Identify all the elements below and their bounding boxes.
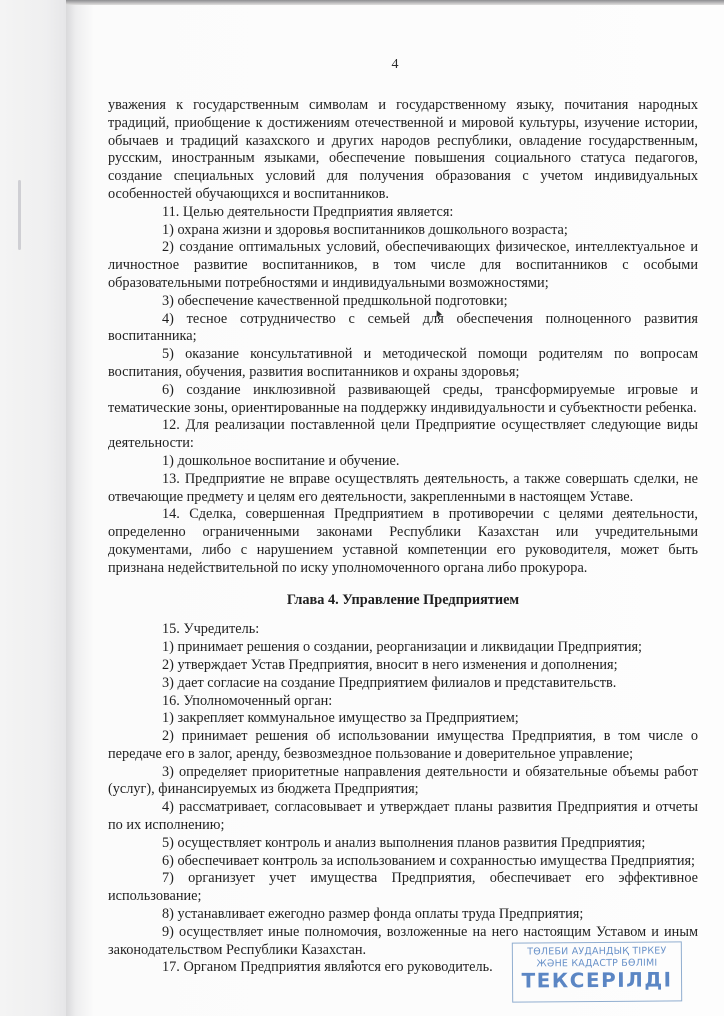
clause-11-item-3: 3) обеспечение качественной предшкольной…: [108, 293, 698, 311]
clause-11-item-4: 4) тесное сотрудничество с семьей для об…: [108, 311, 698, 347]
verification-stamp: ТӨЛЕБИ АУДАНДЫҚ ТІРКЕУ ЖӘНЕ КАДАСТР БӨЛІ…: [512, 941, 682, 1002]
clause-13: 13. Предприятие не вправе осуществлять д…: [108, 471, 698, 507]
page-number: 4: [66, 57, 724, 73]
clause-15-item-2: 2) утверждает Устав Предприятия, вносит …: [108, 657, 698, 675]
scan-speck: [351, 960, 354, 963]
clause-16-item-4: 4) рассматривает, согласовывает и утверж…: [108, 799, 698, 835]
clause-12: 12. Для реализации поставленной цели Пре…: [108, 417, 698, 453]
chapter-4-heading: Глава 4. Управление Предприятием: [108, 592, 698, 610]
clause-16: 16. Уполномоченный орган:: [108, 693, 698, 711]
clause-16-item-1: 1) закрепляет коммунальное имущество за …: [108, 710, 698, 728]
clause-11-item-1: 1) охрана жизни и здоровья воспитанников…: [108, 222, 698, 240]
clause-16-item-6: 6) обеспечивает контроль за использовани…: [108, 853, 698, 871]
clause-15-item-3: 3) дает согласие на создание Предприятие…: [108, 675, 698, 693]
clause-11-item-5: 5) оказание консультативной и методическ…: [108, 346, 698, 382]
clause-16-item-3: 3) определяет приоритетные направления д…: [108, 764, 698, 800]
paragraph-continuation: уважения к государственным символам и го…: [108, 97, 698, 204]
clause-16-item-7: 7) организует учет имущества Предприятия…: [108, 870, 698, 906]
clause-15-item-1: 1) принимает решения о создании, реорган…: [108, 639, 698, 657]
stamp-verified: ТЕКСЕРІЛДІ: [513, 968, 681, 991]
clause-11-item-6: 6) создание инклюзивной развивающей сред…: [108, 382, 698, 418]
clause-11: 11. Целью деятельности Предприятия являе…: [108, 204, 698, 222]
adjacent-page-edge: [0, 0, 66, 1024]
clause-16-item-5: 5) осуществляет контроль и анализ выполн…: [108, 835, 698, 853]
clause-16-item-2: 2) принимает решения об использовании им…: [108, 728, 698, 764]
stamp-line-1: ТӨЛЕБИ АУДАНДЫҚ ТІРКЕУ: [513, 945, 681, 957]
clause-14: 14. Сделка, совершенная Предприятием в п…: [108, 506, 698, 577]
document-page: 4 уважения к государственным символам и …: [66, 5, 724, 1017]
clause-15: 15. Учредитель:: [108, 621, 698, 639]
clause-12-item-1: 1) дошкольное воспитание и обучение.: [108, 453, 698, 471]
clause-16-item-8: 8) устанавливает ежегодно размер фонда о…: [108, 906, 698, 924]
clause-11-item-2: 2) создание оптимальных условий, обеспеч…: [108, 239, 698, 292]
document-body: уважения к государственным символам и го…: [108, 97, 698, 977]
page-bottom-edge: [0, 1016, 724, 1024]
scan-mark: [18, 180, 21, 250]
